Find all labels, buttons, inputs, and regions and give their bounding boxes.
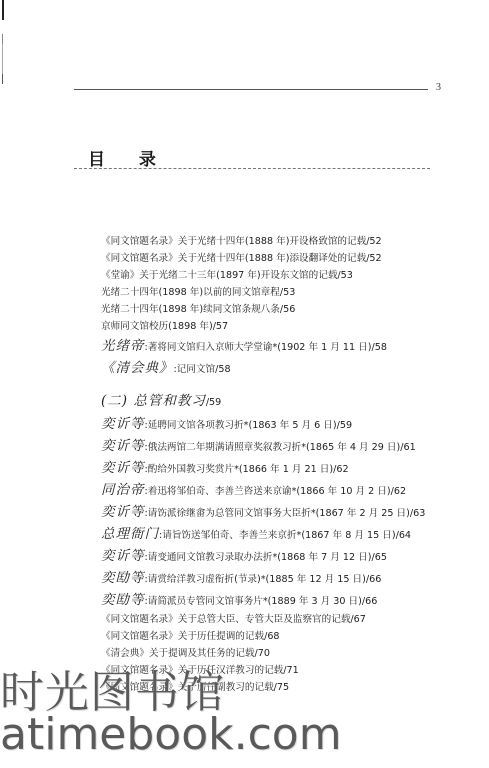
watermark-url: atimebook.com [0, 709, 342, 760]
page-number: 3 [436, 82, 441, 93]
toc-entry: 《同文馆题名录》关于光绪十四年(1888 年)开设格致馆的记载/52 [101, 233, 441, 250]
toc-author: 同治帝 [101, 482, 145, 498]
title-divider [74, 168, 430, 169]
toc-author: 奕䜣等 [101, 460, 145, 476]
toc-entry: 奕䜣等:请变通同文馆教习录取办法折*(1868 年 7 月 12 日)/65 [101, 545, 441, 567]
toc-author: 总理衙门 [101, 526, 159, 542]
toc-author: 奕劻等 [101, 570, 145, 586]
toc-entry: 光绪二十四年(1898 年)续同文馆条规八条/56 [101, 301, 441, 318]
toc-entry: 《堂谕》关于光绪二十三年(1897 年)开设东文馆的记载/53 [101, 267, 441, 284]
toc-entry: 《同文馆题名录》关于总管大臣、专管大臣及监察官的记载/67 [101, 611, 441, 628]
section-heading: (二) 总管和教习/59 [101, 389, 441, 413]
toc-entry: 《清会典》:记同文馆/58 [101, 357, 441, 379]
toc-author: 光绪帝 [101, 338, 145, 354]
table-of-contents: 《同文馆题名录》关于光绪十四年(1888 年)开设格致馆的记载/52 《同文馆题… [101, 233, 441, 696]
toc-author: 奕䜣等 [101, 504, 145, 520]
toc-entry: 奕䜣等:酌给外国教习奖赏片*(1866 年 1 月 21 日)/62 [101, 457, 441, 479]
toc-author: 奕䜣等 [101, 416, 145, 432]
binding-edge-mark [2, 0, 4, 20]
toc-entry: 奕劻等:请赏给洋教习虚衔折(节录)*(1885 年 12 月 15 日)/66 [101, 567, 441, 589]
header-rule [74, 89, 428, 90]
toc-entry: 光绪帝:著将同文馆归入京师大学堂谕*(1902 年 1 月 11 日)/58 [101, 335, 441, 357]
toc-entry: 奕䜣等:俄法两馆二年期满请照章奖叙教习折*(1865 年 4 月 29 日)/6… [101, 435, 441, 457]
toc-author: 《清会典》 [101, 360, 174, 376]
toc-author: 奕劻等 [101, 592, 145, 608]
toc-entry: 同治帝:着迅将邹伯奇、李善兰咨送来京谕*(1866 年 10 月 2 日)/62 [101, 479, 441, 501]
toc-entry: 总理衙门:请旨饬送邹伯奇、李善兰来京折*(1867 年 8 月 15 日)/64 [101, 523, 441, 545]
toc-entry: 《同文馆题名录》关于历任提调的记载/68 [101, 628, 441, 645]
toc-entry: 光绪二十四年(1898 年)以前的同文馆章程/53 [101, 284, 441, 301]
binding-edge-mark [2, 44, 3, 74]
toc-entry: 奕劻等:请简派员专管同文馆事务片*(1889 年 3 月 30 日)/66 [101, 589, 441, 611]
toc-author: 奕䜣等 [101, 548, 145, 564]
page-title: 目 录 [88, 145, 170, 170]
toc-entry: 奕䜣等:延聘同文馆各项教习折*(1863 年 5 月 6 日)/59 [101, 413, 441, 435]
toc-entry: 奕䜣等:请饬派徐继畬为总管同文馆事务大臣折*(1867 年 2 月 25 日)/… [101, 501, 441, 523]
binding-edge-mark [2, 74, 3, 84]
binding-edge-mark [2, 34, 3, 44]
toc-entry: 京师同文馆校历(1898 年)/57 [101, 318, 441, 335]
toc-author: 奕䜣等 [101, 438, 145, 454]
toc-entry: 《同文馆题名录》关于光绪十四年(1888 年)添设翻译处的记载/52 [101, 250, 441, 267]
